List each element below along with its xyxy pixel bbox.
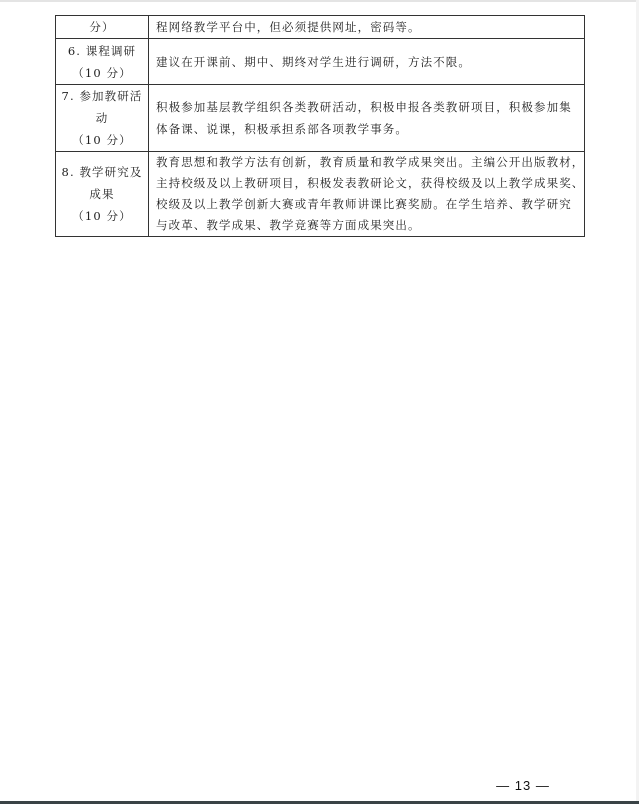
criteria-description-text: 建议在开课前、期中、期终对学生进行调研，方法不限。 (156, 51, 580, 73)
criteria-item-cell: 分） (56, 16, 149, 39)
criteria-item-cell: 7. 参加教研活 动 （10 分） (56, 85, 149, 152)
evaluation-criteria-table: 分） 程网络教学平台中，但必须提供网址，密码等。 6. 课程调研 （10 分） … (55, 15, 585, 237)
criteria-item-score: （10 分） (56, 62, 148, 84)
criteria-description-text: 主持校级及以上教研项目，积极发表教研论文，获得校级及以上教学成果奖、 (156, 173, 580, 194)
table-row: 分） 程网络教学平台中，但必须提供网址，密码等。 (56, 16, 585, 39)
criteria-description-text: 积极参加基层教学组织各类教研活动，积极申报各类教研项目，积极参加集 (156, 96, 580, 118)
criteria-description-cell: 教育思想和教学方法有创新，教育质量和教学成果突出。主编公开出版教材， 主持校级及… (149, 152, 585, 237)
criteria-item-text: 7. 参加教研活 (56, 85, 148, 107)
criteria-item-score: （10 分） (56, 205, 148, 227)
criteria-description-text: 教育思想和教学方法有创新，教育质量和教学成果突出。主编公开出版教材， (156, 152, 580, 173)
criteria-item-text: 成果 (56, 183, 148, 205)
table-row: 8. 教学研究及 成果 （10 分） 教育思想和教学方法有创新，教育质量和教学成… (56, 152, 585, 237)
criteria-description-cell: 积极参加基层教学组织各类教研活动，积极申报各类教研项目，积极参加集 体备课、说课… (149, 85, 585, 152)
criteria-description-text: 与改革、教学成果、教学竞赛等方面成果突出。 (156, 215, 580, 236)
criteria-item-text: 动 (56, 107, 148, 129)
criteria-item-cell: 6. 课程调研 （10 分） (56, 39, 149, 85)
criteria-item-cell: 8. 教学研究及 成果 （10 分） (56, 152, 149, 237)
criteria-item-text: 8. 教学研究及 (56, 161, 148, 183)
criteria-description-cell: 程网络教学平台中，但必须提供网址，密码等。 (149, 16, 585, 39)
criteria-item-text: 分） (56, 16, 148, 38)
criteria-item-text: 6. 课程调研 (56, 40, 148, 62)
table-row: 7. 参加教研活 动 （10 分） 积极参加基层教学组织各类教研活动，积极申报各… (56, 85, 585, 152)
page-number: — 13 — (488, 778, 558, 793)
criteria-description-text: 体备课、说课，积极承担系部各项教学事务。 (156, 118, 580, 140)
criteria-description-text: 程网络教学平台中，但必须提供网址，密码等。 (156, 16, 580, 38)
criteria-description-cell: 建议在开课前、期中、期终对学生进行调研，方法不限。 (149, 39, 585, 85)
table-row: 6. 课程调研 （10 分） 建议在开课前、期中、期终对学生进行调研，方法不限。 (56, 39, 585, 85)
criteria-description-text: 校级及以上教学创新大赛或青年教师讲课比赛奖励。在学生培养、教学研究 (156, 194, 580, 215)
page-top-edge (0, 0, 639, 2)
criteria-item-score: （10 分） (56, 129, 148, 151)
